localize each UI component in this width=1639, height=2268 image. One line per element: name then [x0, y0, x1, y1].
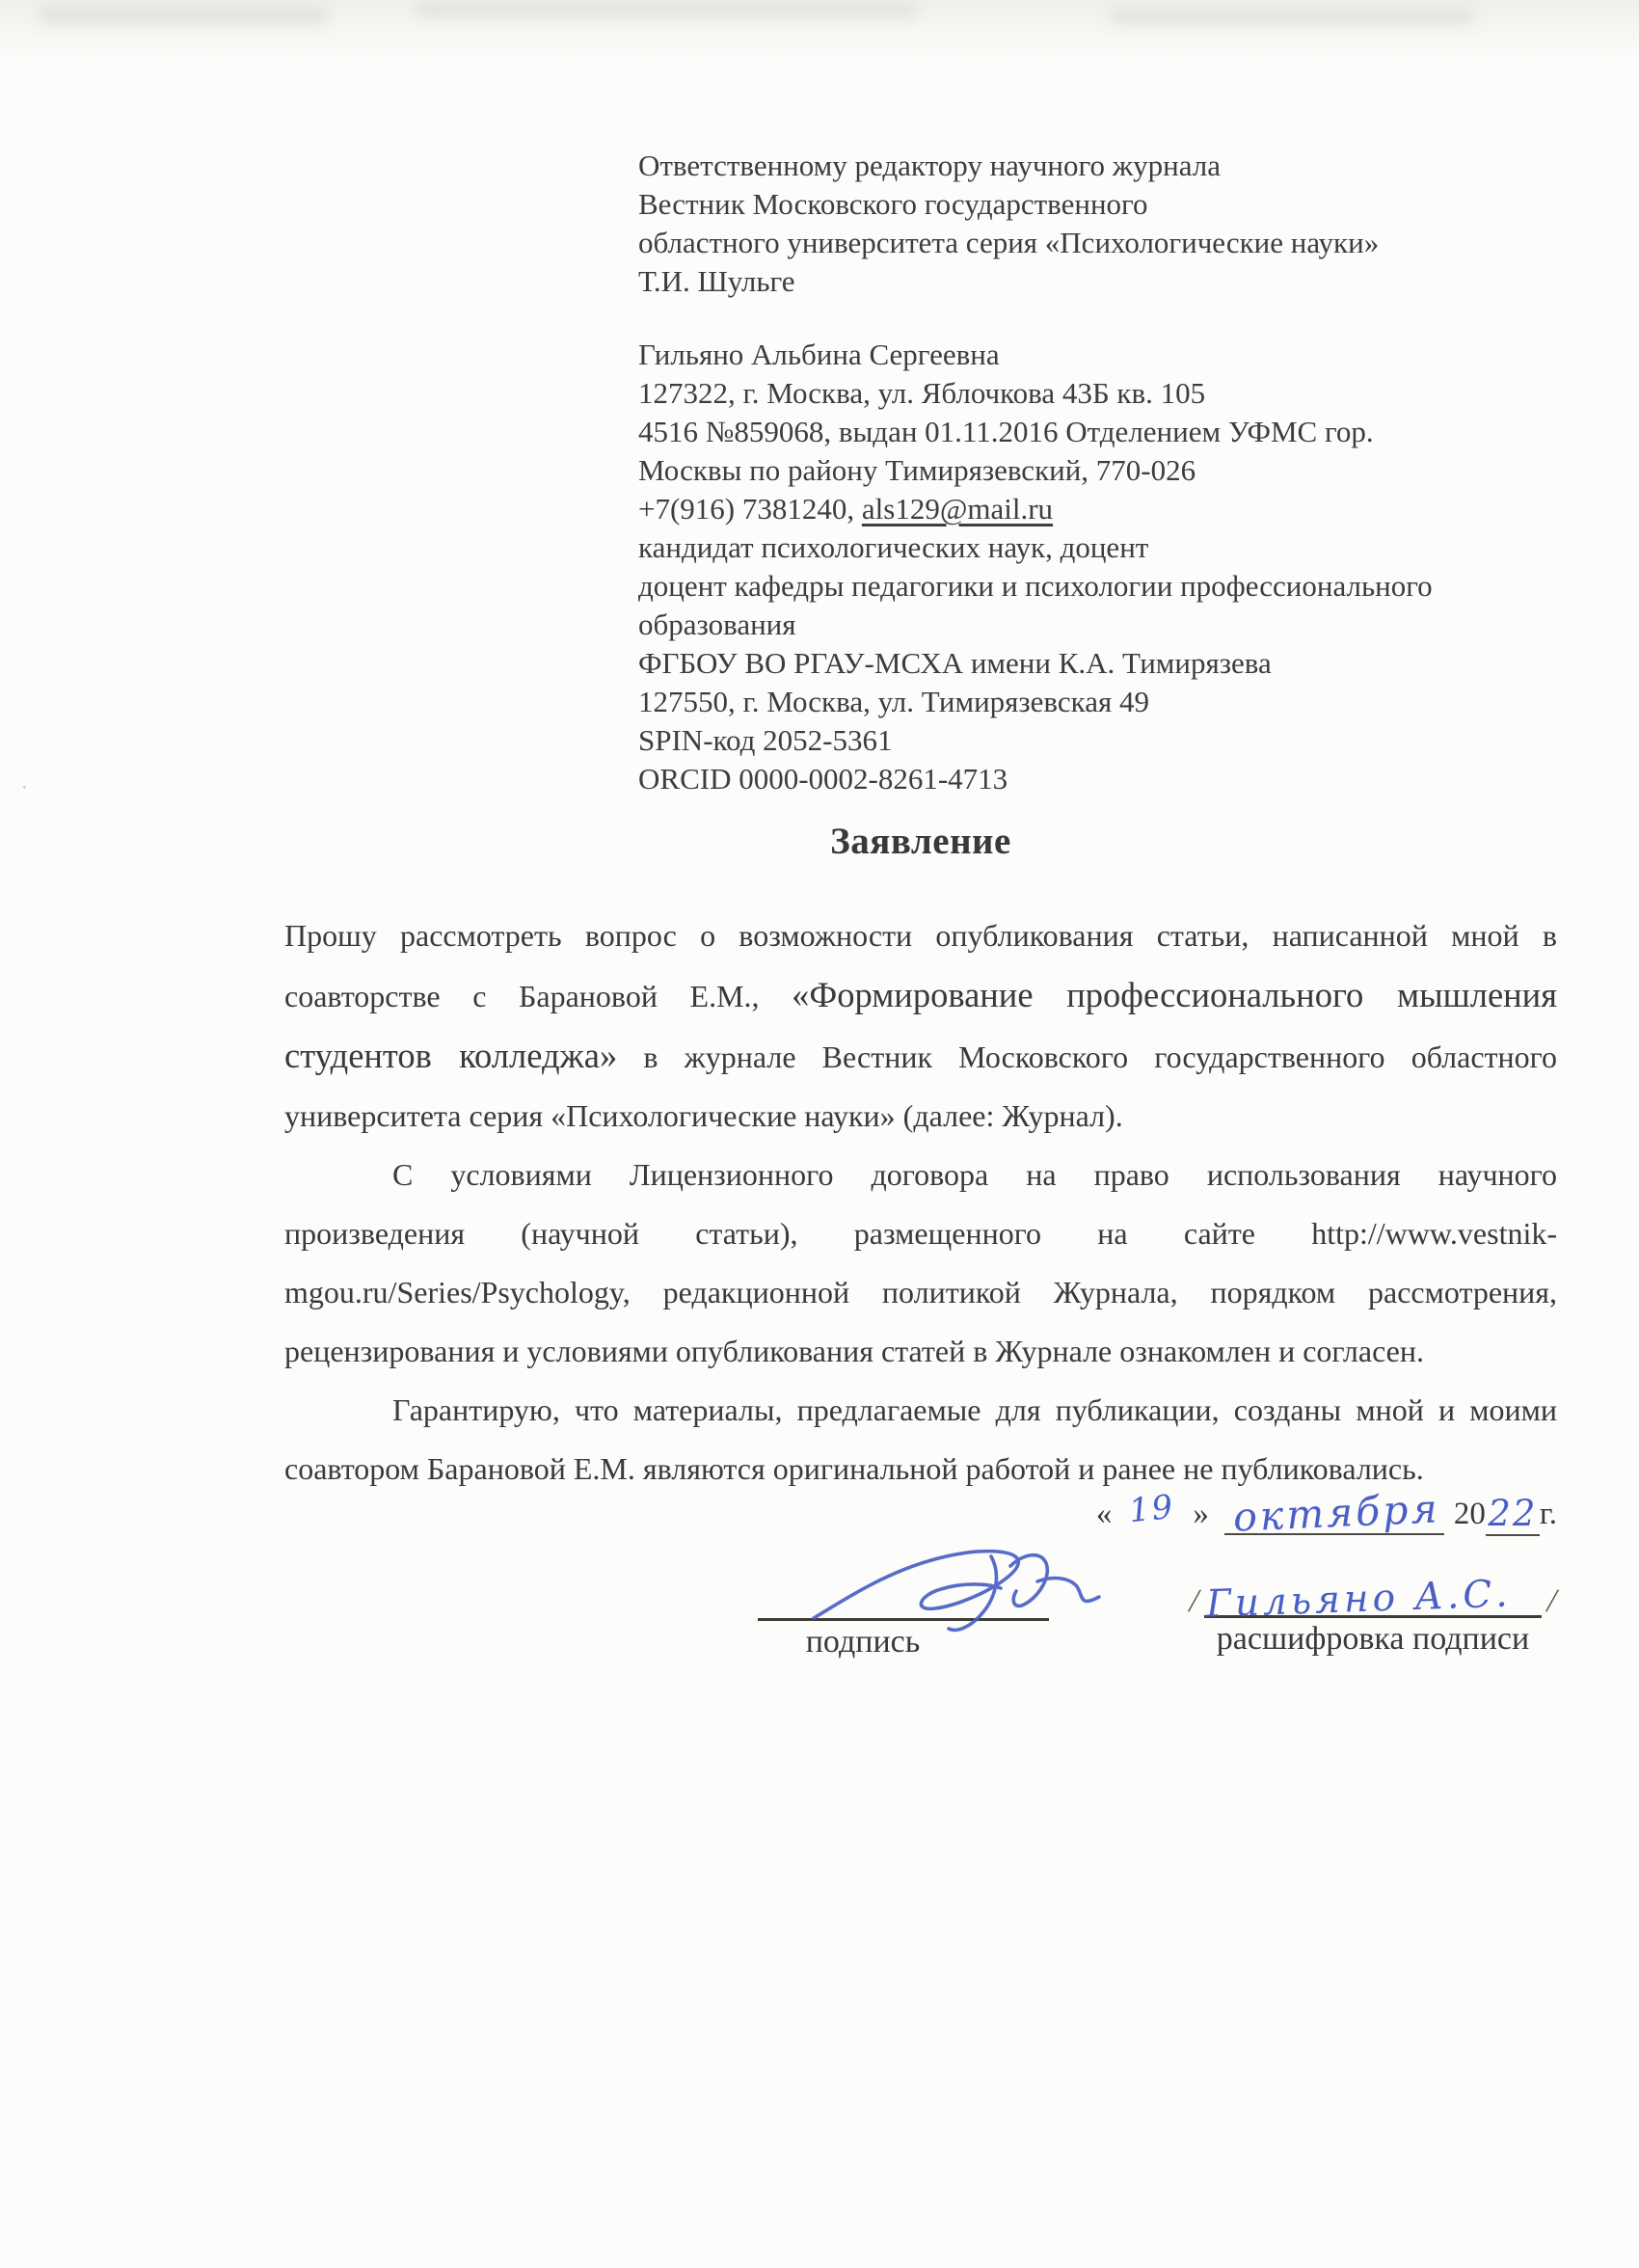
body-line: произведения (научной статьи), размещенн… [284, 1204, 1557, 1263]
scan-smudge [1109, 10, 1475, 23]
body-line: Гарантирую, что материалы, предлагаемые … [284, 1381, 1557, 1440]
applicant-name: Гильяно Альбина Сергеевна [638, 336, 1433, 374]
email-text: als129@mail.ru [862, 492, 1053, 526]
slash-right: / [1538, 1585, 1566, 1618]
applicant-orcid: ORCID 0000-0002-8261-4713 [638, 760, 1433, 798]
body-line: студентов колледжа» в журнале Вестник Мо… [284, 1026, 1557, 1087]
applicant-position-line: образования [638, 606, 1433, 644]
signature-block: подпись [758, 1554, 1049, 1660]
applicant-affiliation-address: 127550, г. Москва, ул. Тимирязевская 49 [638, 683, 1433, 721]
applicant-affiliation: ФГБОУ ВО РГАУ-МСХА имени К.А. Тимирязева [638, 644, 1433, 683]
signature-transcript-block: / Гильяно А.С. / расшифровка подписи [1184, 1554, 1562, 1658]
scan-smudge [39, 8, 328, 23]
transcript-label: расшифровка подписи [1184, 1621, 1562, 1658]
body-line: соавторстве с Барановой Е.М., «Формирова… [284, 965, 1557, 1026]
article-title-emphasis: студентов колледжа» [284, 1036, 617, 1075]
applicant-passport-line: 4516 №859068, выдан 01.11.2016 Отделение… [638, 413, 1433, 451]
applicant-passport-line: Москвы по району Тимирязевский, 770-026 [638, 451, 1433, 490]
handwritten-month: октября [1232, 1485, 1440, 1540]
body-line: университета серия «Психологические наук… [284, 1087, 1557, 1146]
recipient-line: Т.И. Шульге [638, 262, 1379, 301]
article-title-emphasis: «Формирование профессионального мышления [792, 975, 1557, 1014]
transcript-row: / Гильяно А.С. / [1184, 1554, 1562, 1618]
scan-speck: · [21, 777, 28, 799]
recipient-line: Ответственному редактору научного журнал… [638, 147, 1379, 185]
signature-line [758, 1554, 1049, 1621]
transcript-line: Гильяно А.С. [1204, 1552, 1541, 1618]
applicant-block: Гильяно Альбина Сергеевна 127322, г. Мос… [638, 336, 1433, 798]
recipient-line: областного университета серия «Психологи… [638, 224, 1379, 262]
close-quote: » [1193, 1497, 1209, 1531]
handwritten-day: 19 [1110, 1486, 1195, 1533]
applicant-contact-line: +7(916) 7381240, als129@mail.ru [638, 490, 1433, 528]
paragraph-3: Гарантирую, что материалы, предлагаемые … [284, 1381, 1557, 1498]
applicant-spin-code: SPIN-код 2052-5361 [638, 721, 1433, 760]
scanned-application-page: · Ответственному редактору научного журн… [0, 0, 1639, 2268]
date-line: «19»октября2022г. [1003, 1487, 1557, 1535]
applicant-address: 127322, г. Москва, ул. Яблочкова 43Б кв.… [638, 374, 1433, 413]
body-line: mgou.ru/Series/Psychology, редакционной … [284, 1263, 1557, 1322]
recipient-line: Вестник Московского государственного [638, 185, 1379, 224]
body-text-segment: соавторстве с Барановой Е.М., [284, 979, 792, 1013]
phone-text: +7(916) 7381240, [638, 492, 862, 526]
scan-smudge [415, 4, 916, 16]
paragraph-1: Прошу рассмотреть вопрос о возможности о… [284, 906, 1557, 1146]
body-text: Прошу рассмотреть вопрос о возможности о… [284, 906, 1557, 1498]
body-text-segment: в журнале Вестник Московского государств… [617, 1039, 1557, 1074]
handwritten-transcript: Гильяно А.С. [1206, 1572, 1513, 1626]
applicant-degree: кандидат психологических наук, доцент [638, 528, 1433, 567]
applicant-position-line: доцент кафедры педагогики и психологии п… [638, 567, 1433, 606]
page-title: Заявление [284, 820, 1557, 863]
year-printed: 20 [1454, 1497, 1486, 1531]
handwritten-signature [810, 1539, 1109, 1635]
body-line: рецензирования и условиями опубликования… [284, 1322, 1557, 1381]
recipient-block: Ответственному редактору научного журнал… [638, 147, 1379, 301]
body-line: Прошу рассмотреть вопрос о возможности о… [284, 906, 1557, 965]
paragraph-2: С условиями Лицензионного договора на пр… [284, 1146, 1557, 1381]
month-blank-line: октября [1224, 1487, 1444, 1535]
body-line: С условиями Лицензионного договора на пр… [284, 1146, 1557, 1204]
handwritten-year: 22 [1486, 1493, 1540, 1536]
year-suffix: г. [1540, 1497, 1557, 1531]
